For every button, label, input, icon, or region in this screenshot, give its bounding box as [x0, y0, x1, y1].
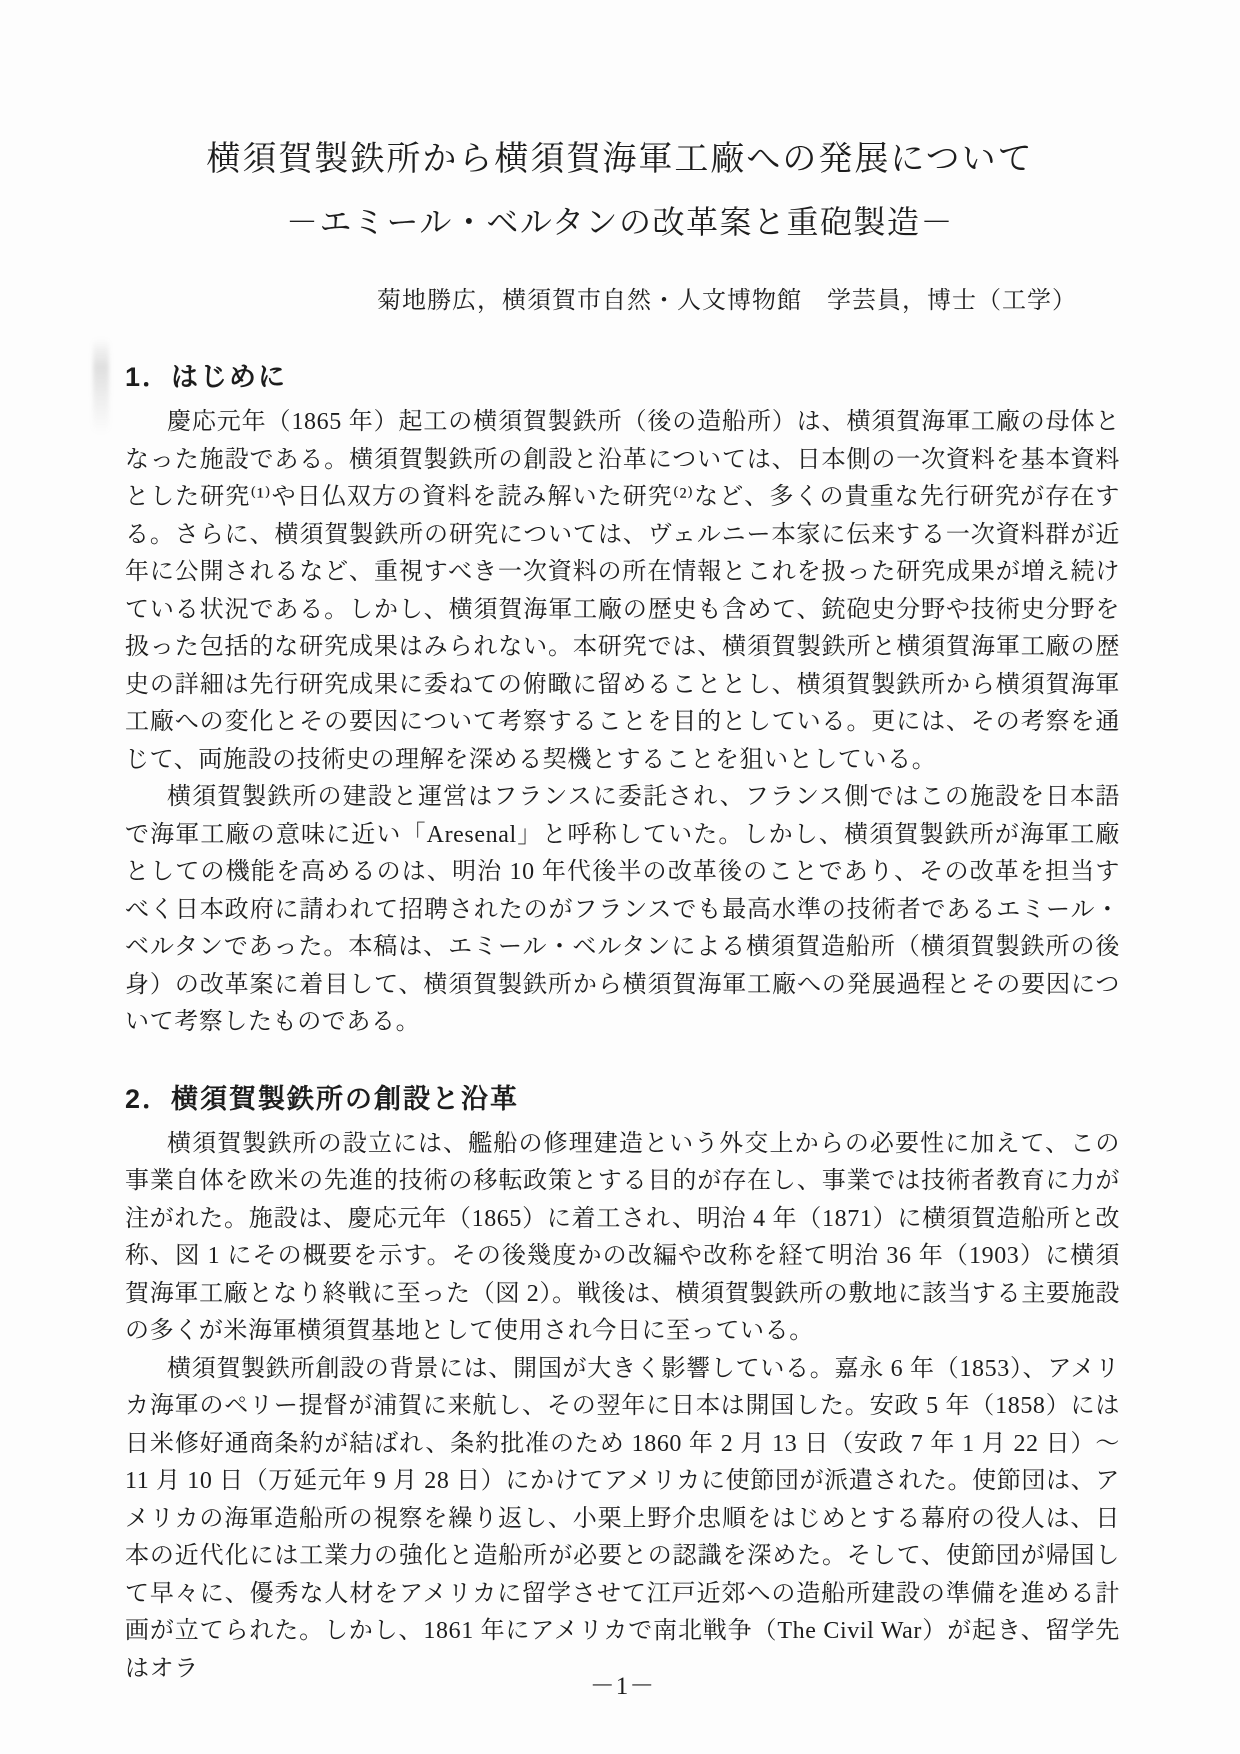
section-heading: 2．横須賀製鉄所の創設と沿革 [125, 1078, 1120, 1120]
section-heading: 1．はじめに [125, 356, 1120, 398]
paper-title: 横須賀製鉄所から横須賀海軍工廠への発展について [0, 138, 1240, 182]
paragraph: 横須賀製鉄所の設立には、艦船の修理建造という外交上からの必要性に加えて、この事業… [125, 1126, 1120, 1351]
document-body: 1．はじめに慶応元年（1865 年）起工の横須賀製鉄所（後の造船所）は、横須賀海… [125, 356, 1120, 1688]
paragraph: 横須賀製鉄所創設の背景には、開国が大きく影響している。嘉永 6 年（1853）、… [125, 1351, 1120, 1689]
section-2: 2．横須賀製鉄所の創設と沿革横須賀製鉄所の設立には、艦船の修理建造という外交上か… [125, 1078, 1120, 1689]
author-affiliation-line: 菊地勝広，横須賀市自然・人文博物館 学芸員，博士（工学） [125, 286, 1077, 317]
section-1: 1．はじめに慶応元年（1865 年）起工の横須賀製鉄所（後の造船所）は、横須賀海… [125, 356, 1120, 1042]
document-page: 横須賀製鉄所から横須賀海軍工廠への発展について －エミール・ベルタンの改革案と重… [0, 0, 1240, 1754]
scan-artifact [93, 338, 109, 434]
paragraph: 横須賀製鉄所の建設と運営はフランスに委託され、フランス側ではこの施設を日本語で海… [125, 779, 1120, 1042]
page-number: －1－ [125, 1666, 1120, 1702]
paper-subtitle: －エミール・ベルタンの改革案と重砲製造－ [0, 202, 1240, 244]
paragraph: 慶応元年（1865 年）起工の横須賀製鉄所（後の造船所）は、横須賀海軍工廠の母体… [125, 404, 1120, 779]
